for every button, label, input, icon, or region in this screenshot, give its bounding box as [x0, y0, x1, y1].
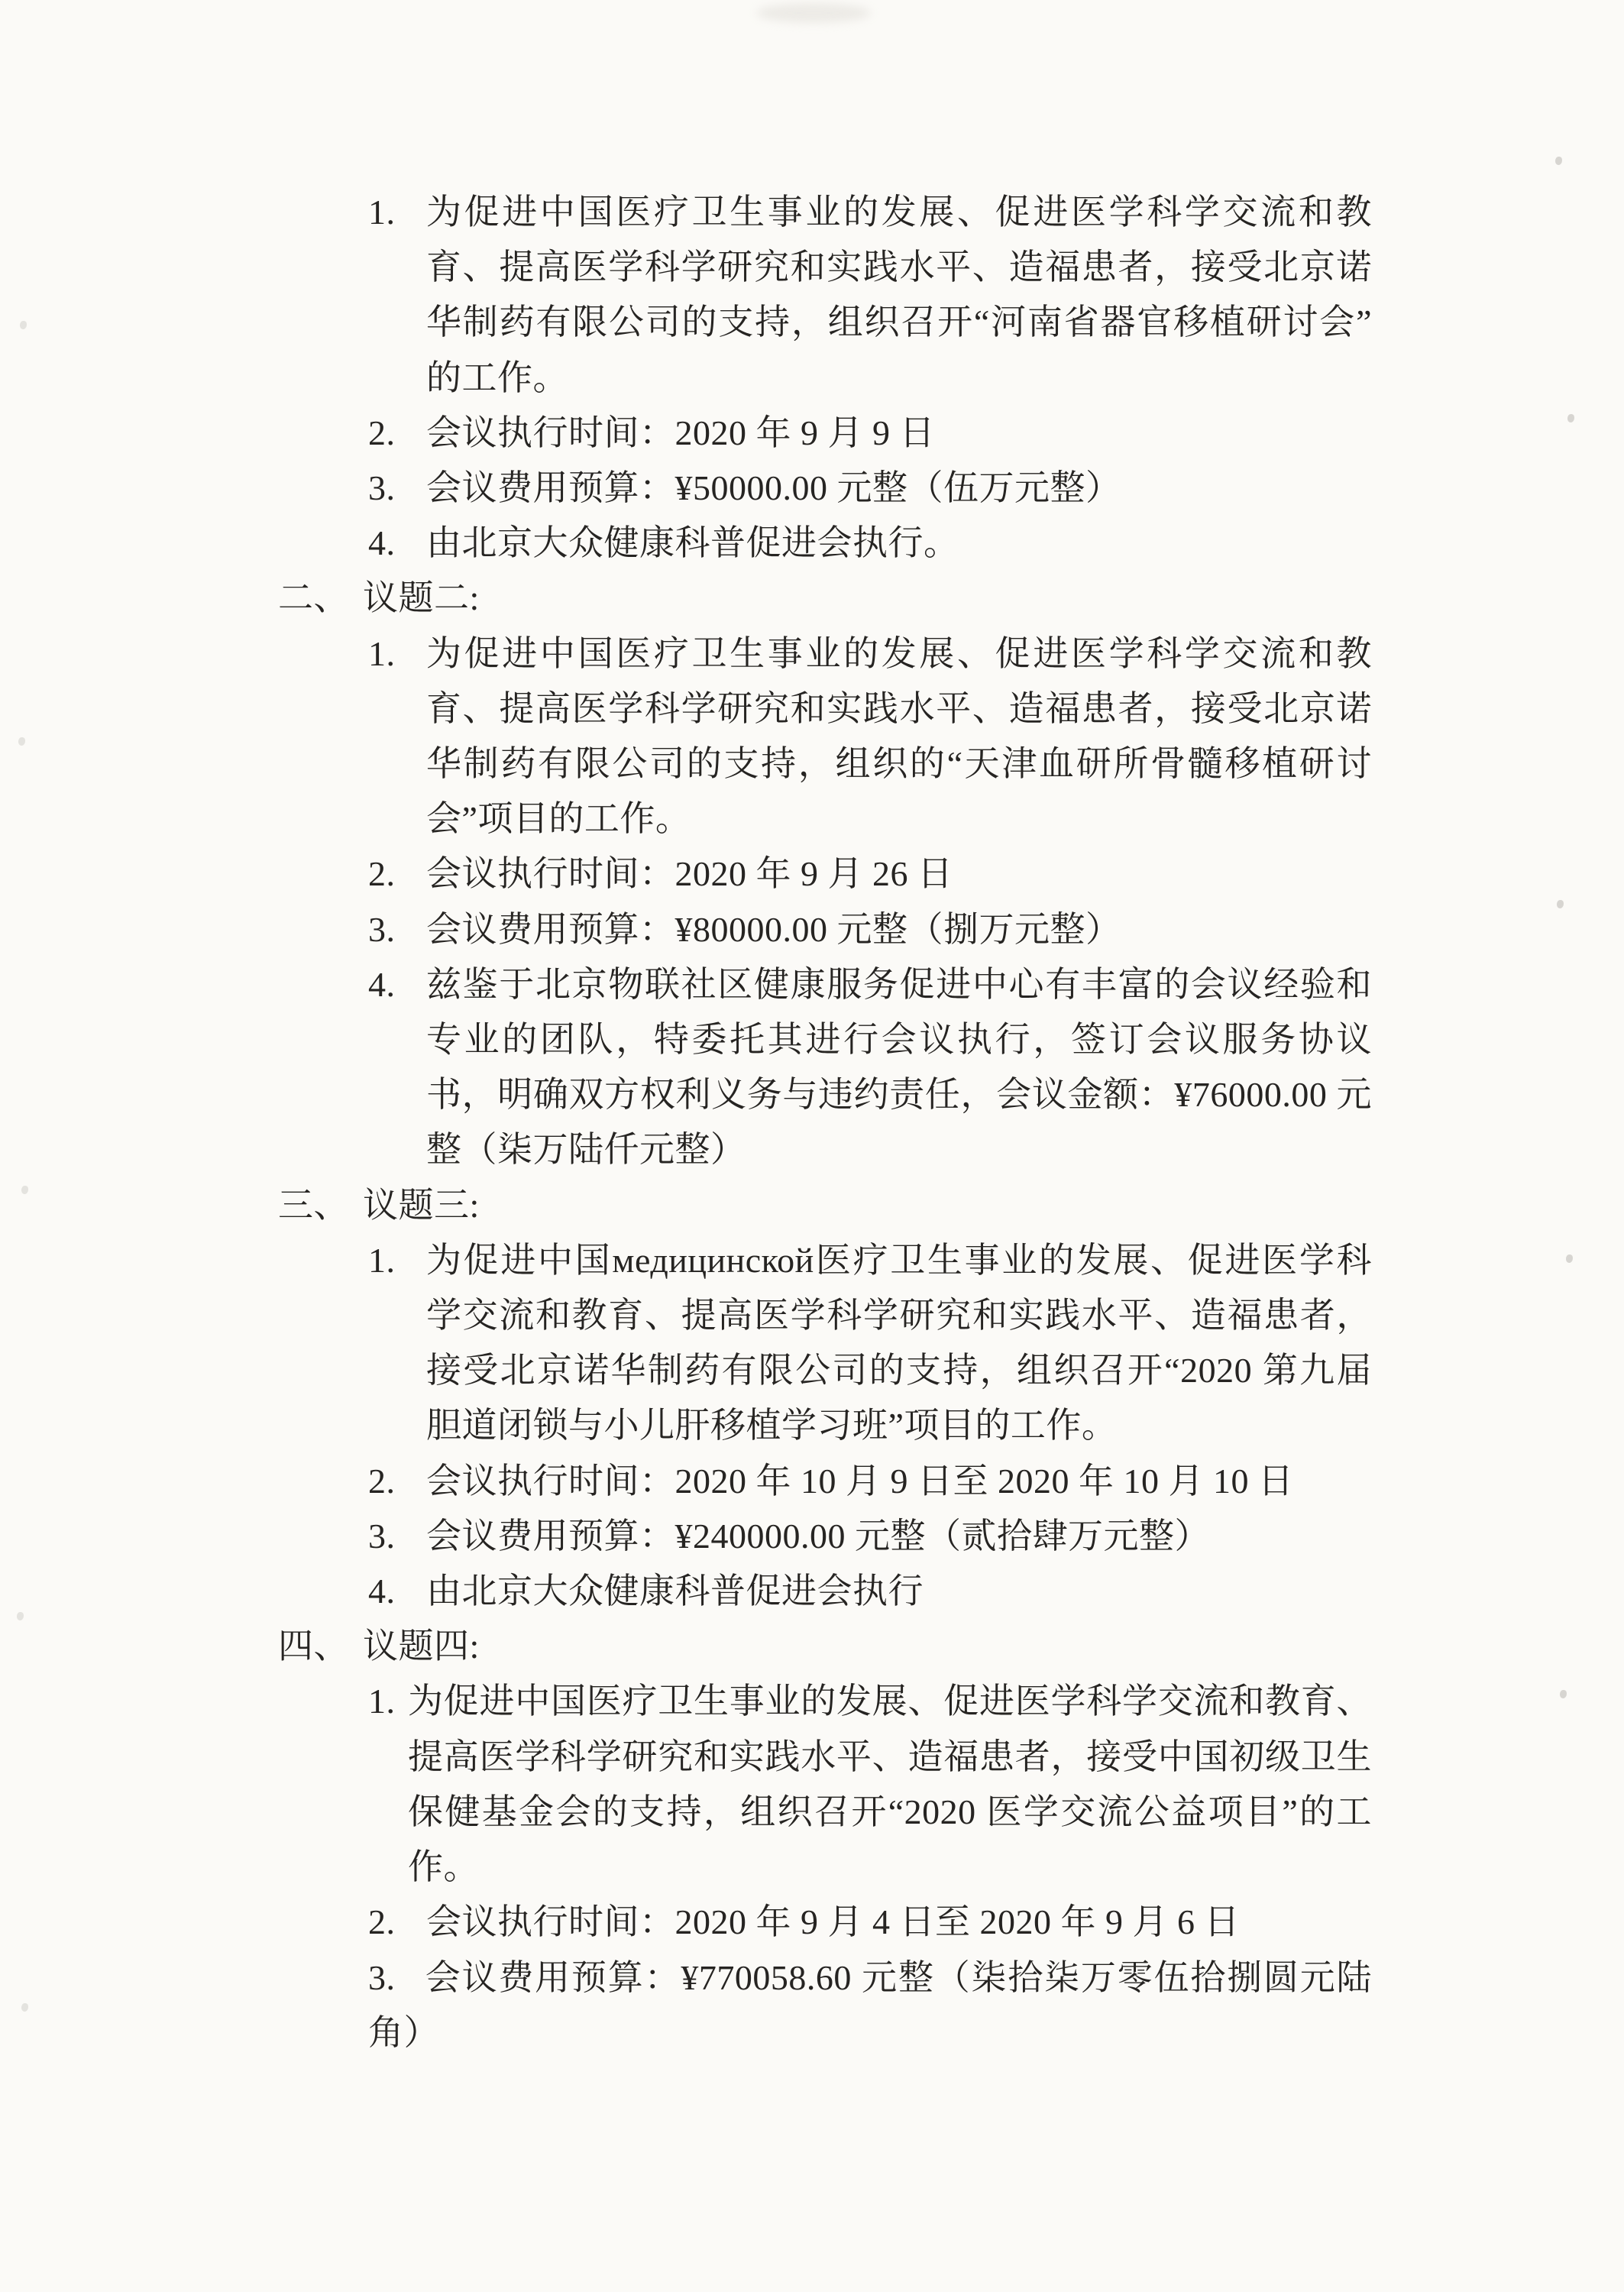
- section-title: 议题三:: [363, 1178, 1372, 1233]
- list-item: 3. 会议费用预算：¥80000.00 元整（捌万元整）: [368, 902, 1372, 957]
- list-item: 3. 会议费用预算：¥770058.60 元整（柒拾柒万零伍拾捌圆元陆角）: [368, 1950, 1372, 2061]
- item-text: 为促进中国医疗卫生事业的发展、促进医学科学交流和教育、提高医学科学研究和实践水平…: [408, 1674, 1372, 1895]
- item-number: 2.: [368, 1895, 426, 1950]
- agenda-section-3: 三、 议题三: 1. 为促进中国медицинской医疗卫生事业的发展、促进医…: [278, 1178, 1372, 1620]
- item-text: 会议费用预算：¥770058.60 元整（柒拾柒万零伍拾捌圆元陆角）: [368, 1958, 1372, 2052]
- section-title: 议题二:: [363, 571, 1372, 626]
- item-number: 4.: [368, 516, 426, 571]
- item-number: 2.: [368, 1454, 426, 1509]
- item-text: 会议执行时间：2020 年 9 月 26 日: [426, 847, 1372, 902]
- list-item: 2. 会议执行时间：2020 年 9 月 26 日: [368, 847, 1372, 902]
- scan-speck: [1566, 1254, 1573, 1263]
- item-number: 3.: [368, 902, 426, 957]
- item-text: 由北京大众健康科普促进会执行。: [426, 516, 1372, 571]
- item-text: 会议费用预算：¥240000.00 元整（贰拾肆万元整）: [426, 1509, 1372, 1564]
- list-item: 1. 为促进中国医疗卫生事业的发展、促进医学科学交流和教育、提高医学科学研究和实…: [368, 185, 1372, 406]
- item-number: 1.: [368, 185, 426, 406]
- item-text: 由北京大众健康科普促进会执行: [426, 1564, 1372, 1619]
- agenda-section-2: 二、 议题二: 1. 为促进中国医疗卫生事业的发展、促进医学科学交流和教育、提高…: [278, 571, 1372, 1177]
- list-item: 1. 为促进中国医疗卫生事业的发展、促进医学科学交流和教育、提高医学科学研究和实…: [368, 626, 1372, 847]
- scan-speck: [21, 1186, 28, 1194]
- scan-speck: [1567, 414, 1574, 422]
- section-heading: 三、 议题三:: [278, 1178, 1372, 1233]
- document-content: 1. 为促进中国医疗卫生事业的发展、促进医学科学交流和教育、提高医学科学研究和实…: [278, 185, 1372, 2061]
- section-heading: 四、 议题四:: [278, 1619, 1372, 1674]
- scanned-document-page: 1. 为促进中国医疗卫生事业的发展、促进医学科学交流和教育、提高医学科学研究和实…: [0, 0, 1624, 2292]
- list-item: 2. 会议执行时间：2020 年 9 月 4 日至 2020 年 9 月 6 日: [368, 1895, 1372, 1950]
- list-item: 1. 为促进中国медицинской医疗卫生事业的发展、促进医学科学交流和教育…: [368, 1233, 1372, 1454]
- section-label: 三、: [278, 1178, 363, 1233]
- item-number: 2.: [368, 847, 426, 902]
- scan-speck: [21, 2003, 28, 2012]
- scan-speck: [1555, 157, 1562, 165]
- item-text: 为促进中国医疗卫生事业的发展、促进医学科学交流和教育、提高医学科学研究和实践水平…: [426, 626, 1372, 847]
- agenda-section-4: 四、 议题四: 1. 为促进中国医疗卫生事业的发展、促进医学科学交流和教育、提高…: [278, 1619, 1372, 2061]
- item-text: 会议执行时间：2020 年 9 月 4 日至 2020 年 9 月 6 日: [426, 1895, 1372, 1950]
- scan-speck: [1560, 1690, 1567, 1698]
- item-number: 4.: [368, 957, 426, 1178]
- item-text: 为促进中国医疗卫生事业的发展、促进医学科学交流和教育、提高医学科学研究和实践水平…: [426, 185, 1372, 406]
- list-item: 4. 由北京大众健康科普促进会执行: [368, 1564, 1372, 1619]
- list-item: 3. 会议费用预算：¥50000.00 元整（伍万元整）: [368, 461, 1372, 516]
- item-number: 3.: [368, 461, 426, 516]
- list-item: 4. 兹鉴于北京物联社区健康服务促进中心有丰富的会议经验和专业的团队，特委托其进…: [368, 957, 1372, 1178]
- item-text: 会议费用预算：¥80000.00 元整（捌万元整）: [426, 902, 1372, 957]
- scan-speck: [1557, 900, 1564, 908]
- list-item: 2. 会议执行时间：2020 年 10 月 9 日至 2020 年 10 月 1…: [368, 1454, 1372, 1509]
- item-number: 4.: [368, 1564, 426, 1619]
- item-number: 3.: [368, 1509, 426, 1564]
- item-number: 1.: [368, 1674, 408, 1895]
- item-text: 会议执行时间：2020 年 10 月 9 日至 2020 年 10 月 10 日: [426, 1454, 1372, 1509]
- list-item: 4. 由北京大众健康科普促进会执行。: [368, 516, 1372, 571]
- item-text: 会议执行时间：2020 年 9 月 9 日: [426, 406, 1372, 461]
- agenda-section-1: 1. 为促进中国医疗卫生事业的发展、促进医学科学交流和教育、提高医学科学研究和实…: [278, 185, 1372, 571]
- list-item: 2. 会议执行时间：2020 年 9 月 9 日: [368, 406, 1372, 461]
- item-text: 兹鉴于北京物联社区健康服务促进中心有丰富的会议经验和专业的团队，特委托其进行会议…: [426, 957, 1372, 1178]
- item-number: 1.: [368, 626, 426, 847]
- scan-smudge: [756, 3, 871, 23]
- item-text: 会议费用预算：¥50000.00 元整（伍万元整）: [426, 461, 1372, 516]
- section-label: 四、: [278, 1619, 363, 1674]
- section-heading: 二、 议题二:: [278, 571, 1372, 626]
- item-text: 为促进中国медицинской医疗卫生事业的发展、促进医学科学交流和教育、提高…: [426, 1233, 1372, 1454]
- section-title: 议题四:: [363, 1619, 1372, 1674]
- scan-speck: [20, 321, 27, 329]
- section-label: 二、: [278, 571, 363, 626]
- item-number: 1.: [368, 1233, 426, 1454]
- item-number: 3.: [368, 1958, 396, 1997]
- list-item: 3. 会议费用预算：¥240000.00 元整（贰拾肆万元整）: [368, 1509, 1372, 1564]
- item-number: 2.: [368, 406, 426, 461]
- list-item: 1. 为促进中国医疗卫生事业的发展、促进医学科学交流和教育、提高医学科学研究和实…: [368, 1674, 1372, 1895]
- scan-speck: [17, 1612, 24, 1620]
- scan-speck: [18, 737, 25, 746]
